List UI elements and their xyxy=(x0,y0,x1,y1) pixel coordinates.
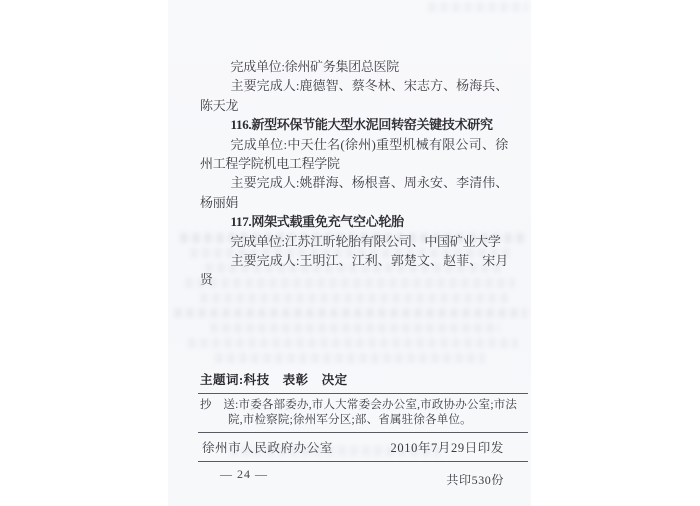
completion-unit-line: 完成单位:中天仕名(徐州)重型机械有限公司、徐州工程学院机电工程学院 xyxy=(200,135,508,174)
print-date: 2010年7月29日印发 xyxy=(391,438,504,456)
completion-unit-line: 完成单位:徐州矿务集团总医院 xyxy=(200,57,508,76)
bleedthrough-line xyxy=(174,308,527,318)
completion-unit-line: 完成单位:江苏江昕轮胎有限公司、中国矿业大学 xyxy=(200,232,508,251)
bleedthrough-line xyxy=(428,2,528,12)
bleedthrough-line xyxy=(188,338,518,348)
issuing-office: 徐州市人民政府办公室 xyxy=(202,438,333,456)
main-contributors-line: 主要完成人:姚群海、杨根喜、周永安、李清伟、杨丽娟 xyxy=(200,173,508,212)
document-page: 完成单位:徐州矿务集团总医院 主要完成人:鹿德智、蔡冬林、宋志方、杨海兵、陈天龙… xyxy=(168,0,531,506)
screenshot-root: { "doc": { "paragraphs": [ { "text": "完成… xyxy=(0,0,700,506)
main-contributors-line: 主要完成人:王明江、江利、郭楚文、赵菲、宋月贤 xyxy=(200,251,508,290)
subject-terms-line: 主题词:科技 表彰 决定 xyxy=(198,368,528,394)
main-contributors-line: 主要完成人:鹿德智、蔡冬林、宋志方、杨海兵、陈天龙 xyxy=(200,76,508,115)
bleedthrough-line xyxy=(215,353,485,363)
issuer-row: 徐州市人民政府办公室 2010年7月29日印发 xyxy=(198,433,528,462)
project-117-title: 117.网架式载重免充气空心轮胎 xyxy=(200,212,508,231)
document-body: 完成单位:徐州矿务集团总医院 主要完成人:鹿德智、蔡冬林、宋志方、杨海兵、陈天龙… xyxy=(200,57,508,290)
project-116-title: 116.新型环保节能大型水泥回转窑关键技术研究 xyxy=(200,115,508,134)
bleedthrough-line xyxy=(200,293,510,303)
bleedthrough-line xyxy=(210,323,500,333)
cc-distribution-line: 抄 送:市委各部委办,市人大常委会办公室,市政协办公室;市法院,市检察院;徐州军… xyxy=(198,394,528,433)
page-number: — 24 — xyxy=(220,467,268,482)
